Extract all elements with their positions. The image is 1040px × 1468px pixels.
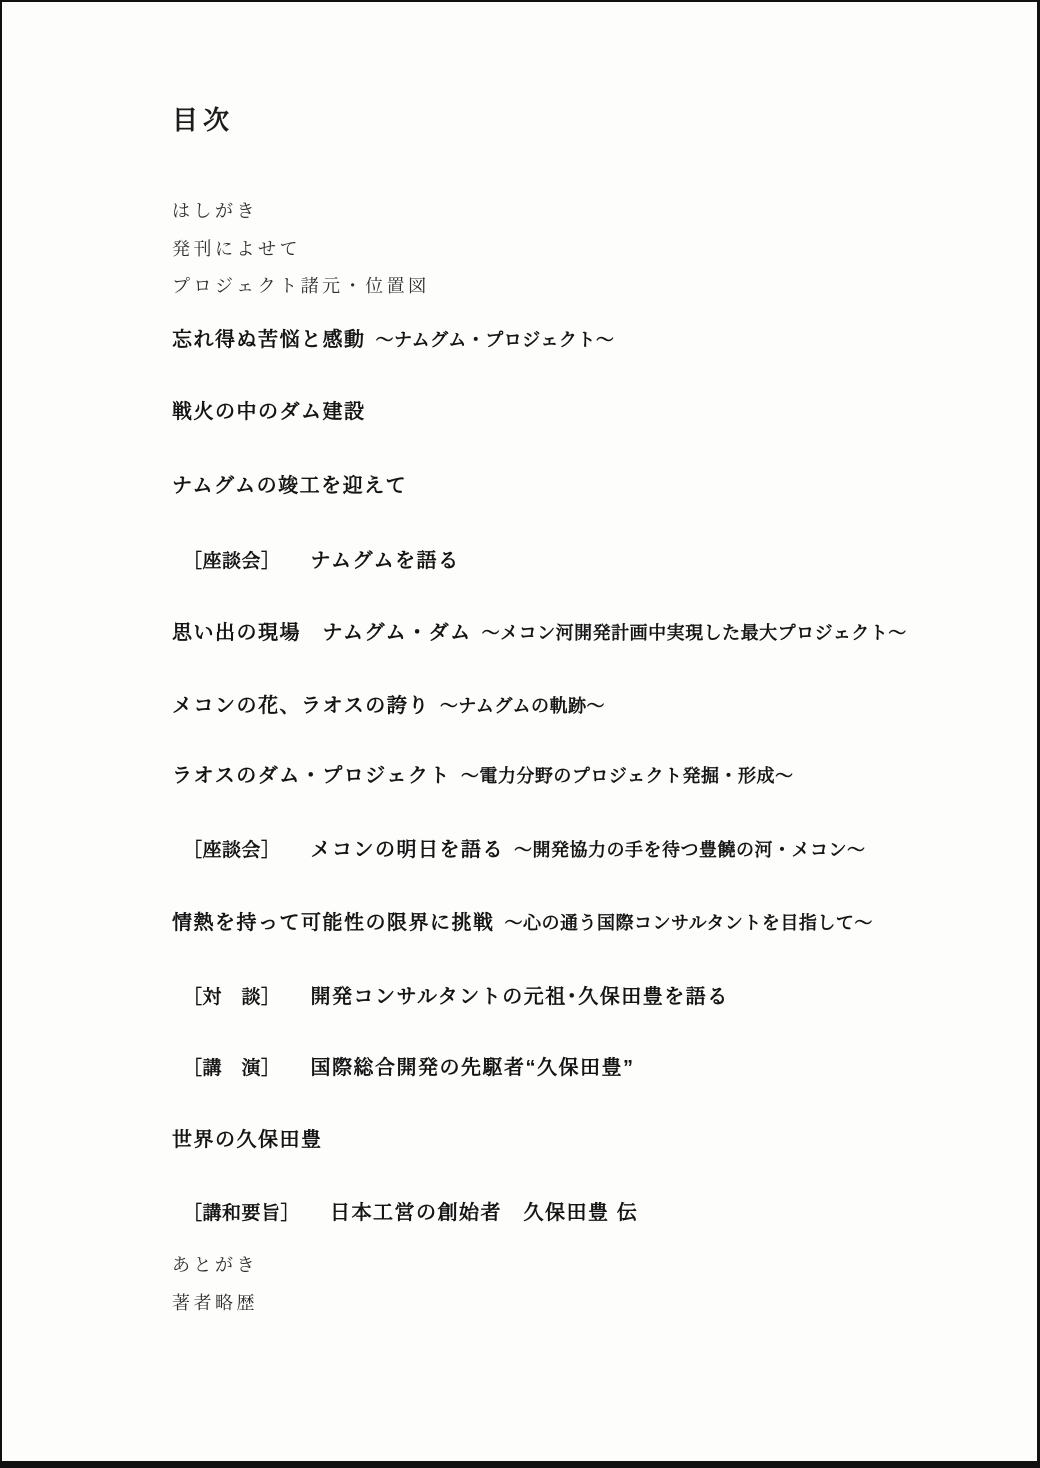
scanned-document: { "page": { "title": "目次" }, "front_matt… [0, 0, 1040, 1468]
toc-back-matter-item: 著者略歴 [172, 1294, 258, 1312]
toc-entry: ナムグムの竣工を迎えて [172, 476, 407, 496]
toc-entry-title: ナムグムの竣工を迎えて [172, 475, 407, 497]
toc-entry-title: 国際総合開発の先駆者“久保田豊” [311, 1057, 635, 1079]
toc-entry-category: ［座談会］ [183, 551, 281, 572]
page-title: 目次 [172, 107, 234, 133]
toc-entry-title: 思い出の現場 ナムグム・ダム [172, 622, 472, 644]
document-page: 目次 はしがき 発刊によせて プロジェクト諸元・位置図 忘れ得ぬ苦悩と感動～ナム… [2, 2, 1037, 1461]
toc-front-matter-item: はしがき [172, 202, 258, 220]
toc-entry: 忘れ得ぬ苦悩と感動～ナムグム・プロジェクト～ [172, 330, 614, 350]
toc-entry-title: メコンの花、ラオスの誇り [172, 695, 430, 717]
toc-entry-subtitle: ～開発協力の手を待つ豊饒の河・メコン～ [514, 840, 866, 860]
toc-entry-category: ［講和要旨］ [183, 1203, 300, 1224]
toc-entry-subtitle: ～ナムグムの軌跡～ [440, 696, 605, 716]
toc-entry: ［対 談］開発コンサルタントの元祖･久保田豊を語る [183, 987, 729, 1007]
toc-entry-title: ラオスのダム・プロジェクト [172, 765, 451, 787]
toc-entry-category: ［対 談］ [183, 987, 281, 1008]
toc-entry-title: ナムグムを語る [311, 550, 460, 572]
toc-entry-title: メコンの明日を語る [311, 839, 505, 861]
toc-entry-title: 世界の久保田豊 [172, 1129, 323, 1151]
toc-entry-category: ［講 演］ [183, 1058, 281, 1079]
toc-entry: ［座談会］ナムグムを語る [183, 551, 460, 571]
toc-back-matter-item: あとがき [172, 1256, 258, 1274]
toc-entry-title: 情熱を持って可能性の限界に挑戦 [172, 912, 495, 934]
toc-entry: 戦火の中のダム建設 [172, 402, 366, 422]
toc-front-matter-item: プロジェクト諸元・位置図 [172, 277, 430, 295]
toc-entry: ラオスのダム・プロジェクト～電力分野のプロジェクト発掘・形成～ [172, 766, 794, 786]
toc-entry-subtitle: ～電力分野のプロジェクト発掘・形成～ [461, 766, 794, 786]
toc-entry: 情熱を持って可能性の限界に挑戦～心の通う国際コンサルタントを目指して～ [172, 913, 873, 933]
toc-entry-subtitle: ～心の通う国際コンサルタントを目指して～ [505, 913, 873, 933]
toc-entry: 思い出の現場 ナムグム・ダム～メコン河開発計画中実現した最大プロジェクト～ [172, 623, 907, 643]
toc-entry-subtitle: ～ナムグム・プロジェクト～ [376, 330, 615, 350]
toc-entry-title: 忘れ得ぬ苦悩と感動 [172, 329, 366, 351]
toc-entry: ［講和要旨］日本工営の創始者 久保田豊 伝 [183, 1203, 638, 1223]
toc-entry-subtitle: ～メコン河開発計画中実現した最大プロジェクト～ [482, 623, 907, 643]
toc-entry: 世界の久保田豊 [172, 1130, 323, 1150]
toc-entry: ［座談会］メコンの明日を語る～開発協力の手を待つ豊饒の河・メコン～ [183, 840, 866, 860]
toc-entry: メコンの花、ラオスの誇り～ナムグムの軌跡～ [172, 696, 605, 716]
toc-entry-title: 開発コンサルタントの元祖･久保田豊を語る [311, 986, 729, 1008]
toc-entry-title: 戦火の中のダム建設 [172, 401, 366, 423]
toc-front-matter-item: 発刊によせて [172, 240, 301, 258]
toc-entry-category: ［座談会］ [183, 840, 281, 861]
toc-entry: ［講 演］国際総合開発の先駆者“久保田豊” [183, 1058, 635, 1078]
toc-entry-title: 日本工営の創始者 久保田豊 伝 [330, 1202, 638, 1224]
